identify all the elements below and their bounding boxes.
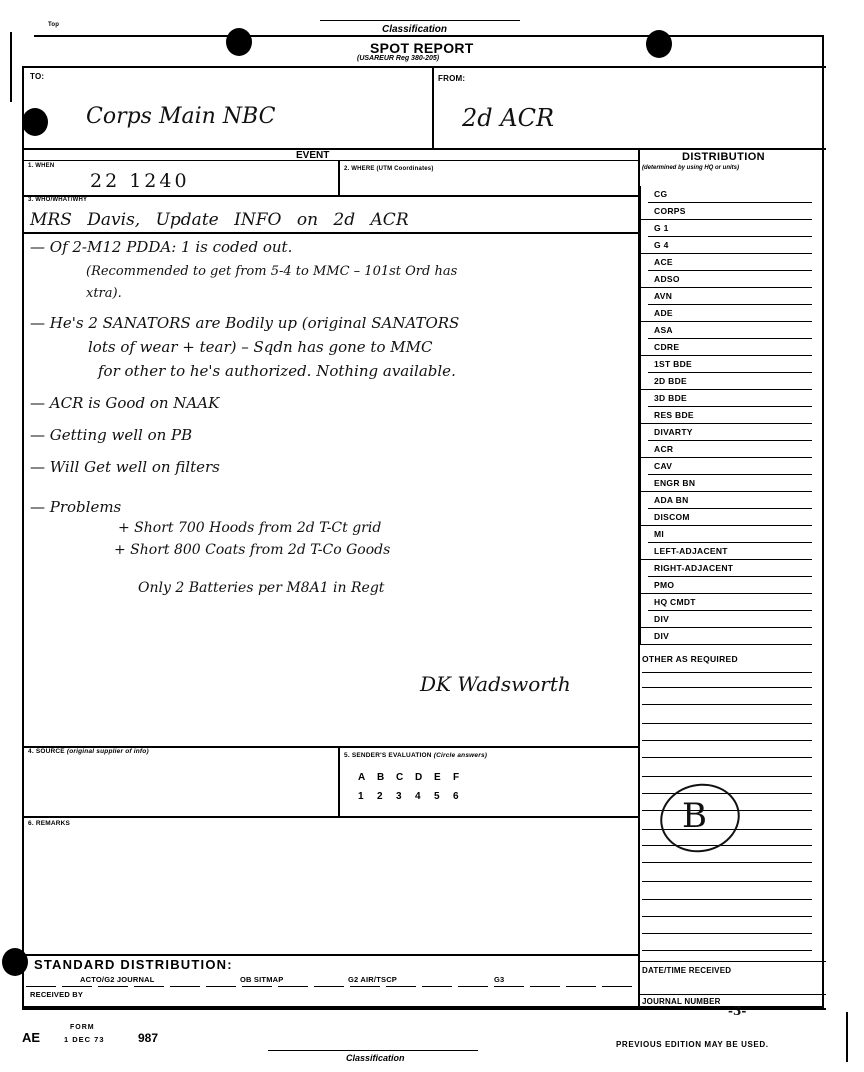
distribution-checkbox[interactable] bbox=[640, 254, 648, 288]
punch-hole bbox=[226, 28, 252, 56]
other-blank-line[interactable] bbox=[642, 672, 812, 673]
note-line: — ACR is Good on NAAK bbox=[30, 394, 219, 412]
std-dist-rule bbox=[26, 986, 638, 987]
signature: DK Wadsworth bbox=[420, 672, 571, 696]
from-value[interactable]: 2d ACR bbox=[462, 104, 554, 132]
footer-form-date: 1 DEC 73 bbox=[64, 1035, 105, 1044]
other-blank-line[interactable] bbox=[642, 723, 812, 724]
note-line: — He's 2 SANATORS are Bodily up (origina… bbox=[30, 314, 459, 332]
distribution-item[interactable]: CORPS bbox=[648, 203, 812, 220]
footer-form-label: FORM bbox=[70, 1024, 95, 1031]
evaluation-letters: ABCDEF bbox=[358, 772, 472, 783]
from-label: FROM: bbox=[438, 74, 465, 83]
distribution-item[interactable]: 2D BDE bbox=[648, 373, 812, 390]
eval-option-b[interactable]: B bbox=[377, 772, 396, 783]
other-blank-line[interactable] bbox=[642, 845, 812, 846]
distribution-checkbox[interactable] bbox=[640, 458, 648, 492]
distribution-checkbox[interactable] bbox=[640, 594, 648, 628]
distribution-item[interactable]: DISCOM bbox=[648, 509, 812, 526]
rule-above-remarks bbox=[22, 816, 640, 818]
distribution-item[interactable]: PMO bbox=[648, 577, 812, 594]
eval-option-6[interactable]: 6 bbox=[453, 791, 472, 802]
other-blank-line[interactable] bbox=[642, 862, 812, 863]
distribution-item[interactable]: LEFT-ADJACENT bbox=[648, 543, 812, 560]
other-blank-line[interactable] bbox=[642, 933, 812, 934]
note-line: — Will Get well on filters bbox=[30, 458, 220, 476]
other-blank-line[interactable] bbox=[642, 776, 812, 777]
distribution-item[interactable]: CAV bbox=[648, 458, 812, 475]
distribution-item[interactable]: ACR bbox=[648, 441, 812, 458]
note-line: — Problems bbox=[30, 498, 121, 516]
evaluation-label: 5. SENDER'S EVALUATION (Circle answers) bbox=[344, 752, 487, 759]
distribution-item[interactable]: MI bbox=[648, 526, 812, 543]
other-blank-line[interactable] bbox=[642, 757, 812, 758]
who-value[interactable]: MRS Davis, Update INFO on 2d ACR bbox=[30, 210, 409, 230]
rule-under-when bbox=[22, 195, 640, 197]
date-time-received-value[interactable] bbox=[642, 978, 818, 992]
distribution-item[interactable]: CG bbox=[648, 186, 812, 203]
distribution-item[interactable]: DIVARTY bbox=[648, 424, 812, 441]
other-blank-line[interactable] bbox=[642, 916, 812, 917]
journal-number-label: JOURNAL NUMBER bbox=[642, 997, 721, 1006]
date-time-received-label: DATE/TIME RECEIVED bbox=[642, 966, 731, 975]
eval-option-3[interactable]: 3 bbox=[396, 791, 415, 802]
evaluation-hint: (Circle answers) bbox=[434, 752, 487, 759]
source-label: 4. SOURCE (original supplier of info) bbox=[28, 748, 149, 755]
other-blank-line[interactable] bbox=[642, 687, 812, 688]
distribution-item[interactable]: RES BDE bbox=[648, 407, 812, 424]
where-value[interactable] bbox=[350, 178, 630, 194]
eval-option-2[interactable]: 2 bbox=[377, 791, 396, 802]
distribution-checkbox[interactable] bbox=[640, 186, 648, 220]
std-dist-item[interactable]: G2 AIR/TSCP bbox=[348, 975, 397, 984]
form-bottom-rule bbox=[22, 1008, 826, 1010]
distribution-subtitle: (determined by using HQ or units) bbox=[642, 165, 739, 171]
note-line: + Short 800 Coats from 2d T-Co Goods bbox=[114, 542, 390, 558]
classification-label-top: Classification bbox=[382, 24, 447, 35]
other-blank-line[interactable] bbox=[642, 704, 812, 705]
note-line: — Of 2-M12 PDDA: 1 is coded out. bbox=[30, 238, 292, 256]
other-blank-line[interactable] bbox=[642, 899, 812, 900]
footer-classification-label: Classification bbox=[346, 1053, 405, 1063]
eval-option-c[interactable]: C bbox=[396, 772, 415, 783]
note-line: + Short 700 Hoods from 2d T-Ct grid bbox=[118, 520, 381, 536]
eval-option-a[interactable]: A bbox=[358, 772, 377, 783]
to-value[interactable]: Corps Main NBC bbox=[86, 104, 275, 129]
note-line: for other to he's authorized. Nothing av… bbox=[98, 362, 456, 380]
eval-option-1[interactable]: 1 bbox=[358, 791, 377, 802]
to-from-divider bbox=[432, 68, 434, 150]
distribution-item[interactable]: 3D BDE bbox=[648, 390, 812, 407]
distribution-checkbox[interactable] bbox=[640, 322, 648, 356]
distribution-item[interactable]: ADA BN bbox=[648, 492, 812, 509]
distribution-title: DISTRIBUTION bbox=[682, 151, 765, 163]
eval-option-5[interactable]: 5 bbox=[434, 791, 453, 802]
source-hint: (original supplier of info) bbox=[67, 748, 149, 755]
remarks-value[interactable] bbox=[30, 834, 630, 950]
eval-option-4[interactable]: 4 bbox=[415, 791, 434, 802]
footer-form-number: 987 bbox=[138, 1031, 158, 1045]
distribution-checkbox[interactable] bbox=[640, 560, 648, 594]
distribution-checkbox[interactable] bbox=[640, 424, 648, 458]
classification-line bbox=[320, 20, 520, 21]
note-line: xtra). bbox=[86, 286, 122, 301]
distribution-item[interactable]: CDRE bbox=[648, 339, 812, 356]
form-regulation: (USAREUR Reg 380-205) bbox=[357, 55, 439, 62]
circled-mark-letter: B bbox=[682, 796, 707, 836]
who-label: 3. WHO/WHAT/WHY bbox=[28, 197, 87, 203]
distribution-item[interactable]: ACE bbox=[648, 254, 812, 271]
to-label: TO: bbox=[30, 72, 44, 81]
distribution-item[interactable]: RIGHT-ADJACENT bbox=[648, 560, 812, 577]
remarks-label: 6. REMARKS bbox=[28, 820, 70, 827]
std-dist-item[interactable]: G3 bbox=[494, 975, 504, 984]
other-as-required-label: OTHER AS REQUIRED bbox=[642, 654, 738, 664]
event-rule bbox=[22, 160, 640, 161]
footer-previous-edition: PREVIOUS EDITION MAY BE USED. bbox=[616, 1040, 769, 1049]
rule-above-date-received bbox=[638, 961, 826, 962]
top-left-mark: Top bbox=[48, 22, 59, 28]
distribution-item[interactable]: G 1 bbox=[648, 220, 812, 237]
note-line: Only 2 Batteries per M8A1 in Regt bbox=[138, 580, 384, 596]
std-dist-item[interactable]: ACTO/G2 JOURNAL bbox=[80, 975, 155, 984]
eval-option-e[interactable]: E bbox=[434, 772, 453, 783]
event-notes[interactable]: — Of 2-M12 PDDA: 1 is coded out. (Recomm… bbox=[30, 234, 630, 714]
where-label: 2. WHERE (UTM Coordinates) bbox=[344, 166, 434, 172]
distribution-checkbox[interactable] bbox=[640, 356, 648, 390]
footer-agency: AE bbox=[22, 1030, 40, 1045]
distribution-checkbox[interactable] bbox=[640, 220, 648, 254]
note-line: (Recommended to get from 5-4 to MMC – 10… bbox=[86, 264, 457, 279]
distribution-checkbox[interactable] bbox=[640, 628, 648, 645]
header-rule bbox=[34, 35, 824, 37]
when-value[interactable]: 22 1240 bbox=[90, 170, 190, 192]
distribution-item[interactable]: HQ CMDT bbox=[648, 594, 812, 611]
rule-above-std-dist bbox=[22, 954, 640, 956]
distribution-item[interactable]: ASA bbox=[648, 322, 812, 339]
when-label: 1. WHEN bbox=[28, 163, 54, 169]
other-blank-line[interactable] bbox=[642, 950, 812, 951]
distribution-item[interactable]: DIV bbox=[648, 611, 812, 628]
note-line: lots of wear + tear) – Sqdn has gone to … bbox=[88, 338, 432, 356]
distribution-checkbox[interactable] bbox=[640, 288, 648, 322]
eval-option-f[interactable]: F bbox=[453, 772, 472, 783]
std-dist-item[interactable]: OB SITMAP bbox=[240, 975, 283, 984]
distribution-checkbox[interactable] bbox=[640, 492, 648, 526]
rule-above-journal bbox=[638, 994, 826, 995]
form-title: SPOT REPORT bbox=[370, 40, 474, 56]
when-where-divider bbox=[338, 160, 340, 196]
distribution-item[interactable]: ADE bbox=[648, 305, 812, 322]
std-dist-title: STANDARD DISTRIBUTION: bbox=[34, 957, 233, 972]
source-eval-divider bbox=[338, 746, 340, 818]
margin-mark bbox=[846, 1012, 848, 1062]
other-blank-line[interactable] bbox=[642, 740, 812, 741]
frame-right-top bbox=[822, 35, 824, 69]
distribution-item[interactable]: ENGR BN bbox=[648, 475, 812, 492]
distribution-item[interactable]: DIV bbox=[648, 628, 812, 645]
margin-mark bbox=[10, 32, 12, 102]
evaluation-numbers: 123456 bbox=[358, 791, 472, 802]
rule-under-to bbox=[22, 148, 826, 150]
distribution-checkbox[interactable] bbox=[640, 526, 648, 560]
journal-number-value[interactable]: -3- bbox=[728, 1004, 746, 1018]
rule-under-title bbox=[22, 66, 826, 68]
source-value[interactable] bbox=[30, 764, 330, 814]
eval-option-d[interactable]: D bbox=[415, 772, 434, 783]
distribution-item[interactable]: 1ST BDE bbox=[648, 356, 812, 373]
received-by-label: RECEIVED BY bbox=[30, 990, 83, 999]
distribution-checkbox[interactable] bbox=[640, 390, 648, 424]
distribution-item[interactable]: ADSO bbox=[648, 271, 812, 288]
other-blank-line[interactable] bbox=[642, 881, 812, 882]
distribution-item[interactable]: G 4 bbox=[648, 237, 812, 254]
distribution-item[interactable]: AVN bbox=[648, 288, 812, 305]
note-line: — Getting well on PB bbox=[30, 426, 192, 444]
footer-classification-line bbox=[268, 1050, 478, 1051]
received-by-value[interactable] bbox=[110, 990, 610, 1006]
